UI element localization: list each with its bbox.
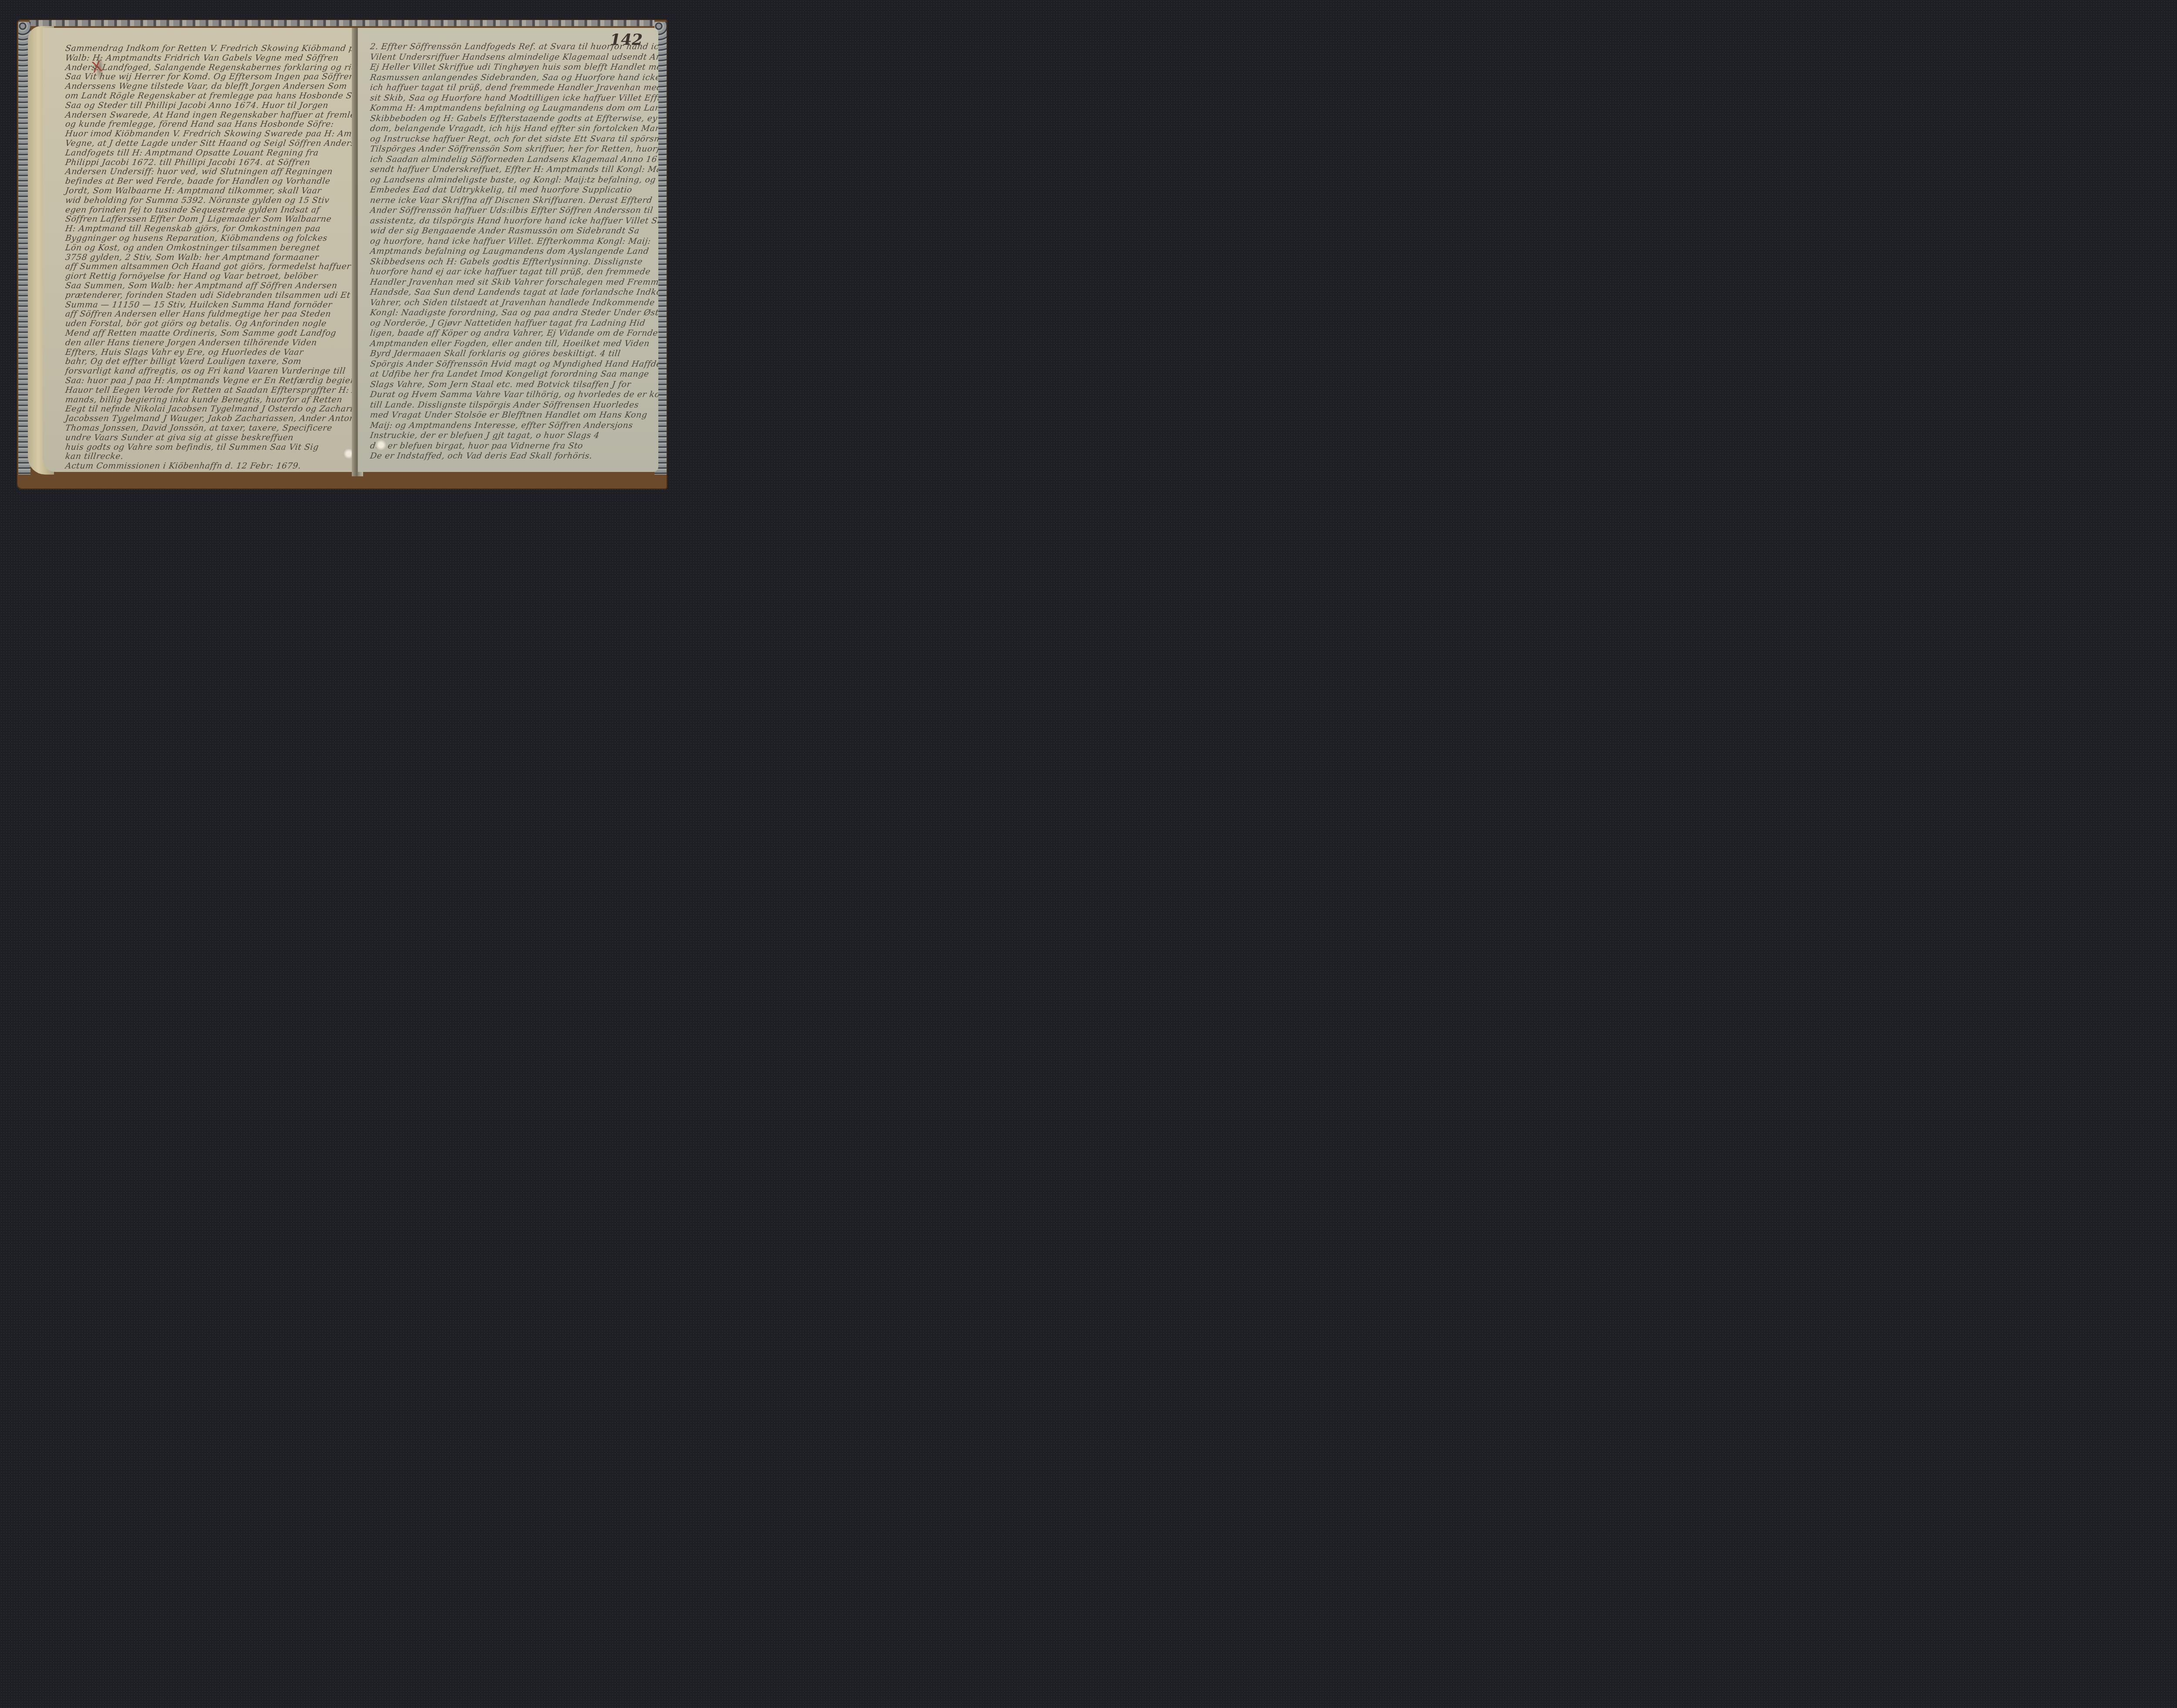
manuscript-line: Ej Heller Villet Skriffue udi Tinghøyen … <box>369 62 658 72</box>
manuscript-line: wid der sig Bengaaende Ander Rasmussön o… <box>369 226 640 236</box>
manuscript-line: Tilspörges Ander Söffrenssön Som skriffu… <box>369 144 658 154</box>
manuscript-line: uden Forstal, bör got giörs og betalis. … <box>64 319 327 328</box>
manuscript-line: Vilent Undersriffuer Handsens almindelig… <box>369 52 658 62</box>
manuscript-line: Saa Vit hue wij Herrer for Komd. Og Efft… <box>64 72 355 81</box>
manuscript-line: Amptmanden eller Fogden, eller anden til… <box>369 339 650 348</box>
manuscript-line: Actum Commissionen i Kiöbenhaffn d. 12 F… <box>64 461 302 471</box>
manuscript-line: Durat og Hvem Samma Vahre Vaar tilhörig,… <box>369 390 658 399</box>
manuscript-line: Anderssens Wegne tilstede Vaar, da bleff… <box>64 81 347 91</box>
manuscript-line: Komma H: Amptmandens befalning og Laugma… <box>369 103 658 113</box>
manuscript-line: dom, belangende Vragadt, ich hijs Hand e… <box>369 124 658 133</box>
manuscript-line: Amptmands befalning og Laugmandens dom A… <box>369 246 649 256</box>
manuscript-line: Sammendrag Indkom for Retten V. Fredrich… <box>64 44 356 53</box>
manuscript-line: om Landt Rögle Regenskaber at fremlegge … <box>64 91 356 101</box>
manuscript-line: forsvarligt kand affregtis, os og Fri ka… <box>64 366 346 376</box>
manuscript-line: Vahrer, och Siden tilstaedt at Jravenhan… <box>369 298 655 307</box>
manuscript-line: Mend aff Retten maatte Ordineris, Som Sa… <box>64 328 337 338</box>
manuscript-line: huis godts og Vahre som befindis, til Su… <box>64 442 319 452</box>
manuscript-line: Huor imod Kiöbmanden V. Fredrich Skowing… <box>64 129 356 138</box>
manuscript-line: ich haffuer tagat til prüß, dend fremmed… <box>369 83 658 92</box>
manuscript-book: X Sammendrag Indkom for Retten V. Fredri… <box>17 19 667 489</box>
manuscript-line: prætenderer, forinden Staden udi Sidebra… <box>64 290 351 300</box>
manuscript-line: wid beholding for Summa 5392. Nöranste g… <box>64 195 330 205</box>
manuscript-line: bahr, Og det effter billigt Vaerd Loulig… <box>64 357 302 366</box>
manuscript-line: og huorfore, hand icke haffuer Villet. E… <box>369 236 651 246</box>
right-page: 142 2. Effter Söffrenssön Landfogeds Ref… <box>358 28 658 472</box>
manuscript-line: Summa — 11150 — 15 Stiv, Huilcken Summa … <box>64 300 333 310</box>
manuscript-line: Vegne, at J dette Lagde under Sitt Haand… <box>64 138 356 148</box>
manuscript-line: Philippi Jacobi 1672. till Phillipi Jaco… <box>64 158 310 167</box>
manuscript-line: Walb: H: Amptmandts Fridrich Van Gabels … <box>64 53 339 63</box>
manuscript-line: assistentz, da tilspörgis Hand huorfore … <box>369 216 658 226</box>
manuscript-line: 2. Effter Söffrenssön Landfogeds Ref. at… <box>369 42 658 51</box>
manuscript-line: ligen, baade aff Köper og andra Vahrer, … <box>369 328 658 338</box>
manuscript-line: nerne icke Vaar Skriffna aff Discnen Skr… <box>369 195 653 205</box>
manuscript-line: Embedes Ead dat Udtrykkelig, til med huo… <box>369 185 633 195</box>
manuscript-line: till Lande. Disslignste tilspörgis Ander… <box>369 400 639 410</box>
manuscript-line: Söffren Lafferssen Effter Dom J Ligemaad… <box>64 214 332 224</box>
manuscript-line: mands, billig begiering inka kunde Beneg… <box>64 395 343 404</box>
manuscript-line: Lön og Kost, og anden Omkostninger tilsa… <box>64 243 320 253</box>
right-page-text: 2. Effter Söffrenssön Landfogeds Ref. at… <box>358 28 658 472</box>
manuscript-line: Eegt til nefnde Nikolai Jacobsen Tygelma… <box>64 404 356 414</box>
manuscript-line: kan tillrecke. <box>64 451 124 461</box>
manuscript-line: at Udfibe her fra Landet Imod Kongeligt … <box>369 369 650 379</box>
manuscript-line: befindes at Ber wed Ferde, baade for Han… <box>64 176 331 186</box>
manuscript-line: Thomas Jonssen, David Jonssön, at taxer,… <box>64 423 333 433</box>
left-page-text: Sammendrag Indkom for Retten V. Fredrich… <box>43 28 356 472</box>
manuscript-line: Andersen Swarede, At Hand ingen Regenska… <box>64 110 356 120</box>
manuscript-line: Jacobssen Tygelmand J Wauger, Jakob Zach… <box>64 414 356 423</box>
manuscript-line: H: Amptmand till Regenskab gjörs, for Om… <box>64 224 321 233</box>
manuscript-line: Slags Vahre, Som Jern Staal etc. med Bot… <box>369 380 631 389</box>
manuscript-line: Andersen Undersiff: huor ved, wid Slutni… <box>64 167 333 176</box>
manuscript-line: Saa Summen, Som Walb: her Amptmand aff S… <box>64 281 338 290</box>
manuscript-line: Saa: huor paa J paa H: Amptmands Vegne e… <box>64 376 356 385</box>
manuscript-line: huorfore hand ej aar icke haffuer tagat … <box>369 267 651 276</box>
manuscript-line: giort Rettig fornöyelse for Hand og Vaar… <box>64 271 318 281</box>
manuscript-line: Handsde, Saa Sun dend Landends tagat at … <box>369 287 658 297</box>
manuscript-line: ich Saadan almindelig Söfforneden Landse… <box>369 155 658 164</box>
left-page: X Sammendrag Indkom for Retten V. Fredri… <box>43 28 356 472</box>
manuscript-line: Rasmussen anlangendes Sidebranden, Saa o… <box>369 73 658 82</box>
manuscript-line: Maij: og Amptmandens Interesse, effter S… <box>369 421 634 430</box>
manuscript-line: aff Summen altsammen Och Haand got giörs… <box>64 262 351 271</box>
manuscript-line: Hauor tell Eegen Verode for Retten at Sa… <box>64 385 356 395</box>
manuscript-line: Skibbedsens och H: Gabels godtis Effterl… <box>369 257 643 266</box>
manuscript-line: sit Skib, Saa og Huorfore hand Modtillig… <box>369 93 658 103</box>
manuscript-line: Jordt, Som Walbaarne H: Amptmand tilkomm… <box>64 186 322 195</box>
manuscript-line: Handler Jravenhan med sit Skib Vahrer fo… <box>369 277 658 287</box>
manuscript-line: og kunde fremlegge, förend Hand saa Hans… <box>64 119 334 129</box>
manuscript-line: og Norderöe, J Gjøvr Nattetiden haffuer … <box>369 318 646 328</box>
manuscript-line: 3758 gylden, 2 Stiv, Som Walb: her Amptm… <box>64 253 319 262</box>
manuscript-line: aff Söffren Andersen eller Hans fuldmegt… <box>64 309 331 319</box>
manuscript-line: undre Vaars Sunder at giva sig at gisse … <box>64 433 294 442</box>
manuscript-line: Ander Söffrenssön haffuer Uds:ilbis Efft… <box>369 205 654 215</box>
manuscript-line: Byggninger og husens Reparation, Kiöbman… <box>64 233 328 243</box>
paper-tear <box>375 439 387 451</box>
manuscript-line: Saa og Steder till Phillipi Jacobi Anno … <box>64 101 329 110</box>
manuscript-line: Kongl: Naadigste forordning, Saa og paa … <box>369 308 658 317</box>
manuscript-line: Effters, Huis Slags Vahr ey Ere, og Huor… <box>64 347 304 357</box>
manuscript-line: egen forinden fej to tusinde Sequestrede… <box>64 205 320 215</box>
manuscript-line: og Instruckse haffuer Regt, och for det … <box>369 134 658 144</box>
manuscript-line: Landfogets till H: Amptmand Opsatte Loua… <box>64 148 319 158</box>
manuscript-line: der er blefuen birgat, huor paa Vidnerne… <box>369 441 583 451</box>
manuscript-line: og Landsens almindeligste baste, og Kong… <box>369 175 658 185</box>
manuscript-line: Spörgis Ander Söffrenssön Hvid magt og M… <box>369 359 658 369</box>
manuscript-line: Anders: Landfoged, Salangende Regenskabe… <box>64 63 356 72</box>
manuscript-line: Skibbeboden og H: Gabels Effterstaaende … <box>369 114 658 123</box>
manuscript-line: den aller Hans tienere Jorgen Andersen t… <box>64 338 317 347</box>
marbled-board-top <box>30 20 654 26</box>
manuscript-line: sendt haffuer Underskreffuet, Effter H: … <box>369 165 658 174</box>
manuscript-line: med Vragat Under Stolsöe er Blefftnen Ha… <box>369 410 648 420</box>
manuscript-line: De er Indstaffed, och Vad deris Ead Skal… <box>369 451 593 461</box>
manuscript-line: Instruckie, der er blefuen J gjt tagat, … <box>369 431 600 440</box>
manuscript-line: Byrd Jdermaaen Skall forklaris og giöres… <box>369 349 621 358</box>
